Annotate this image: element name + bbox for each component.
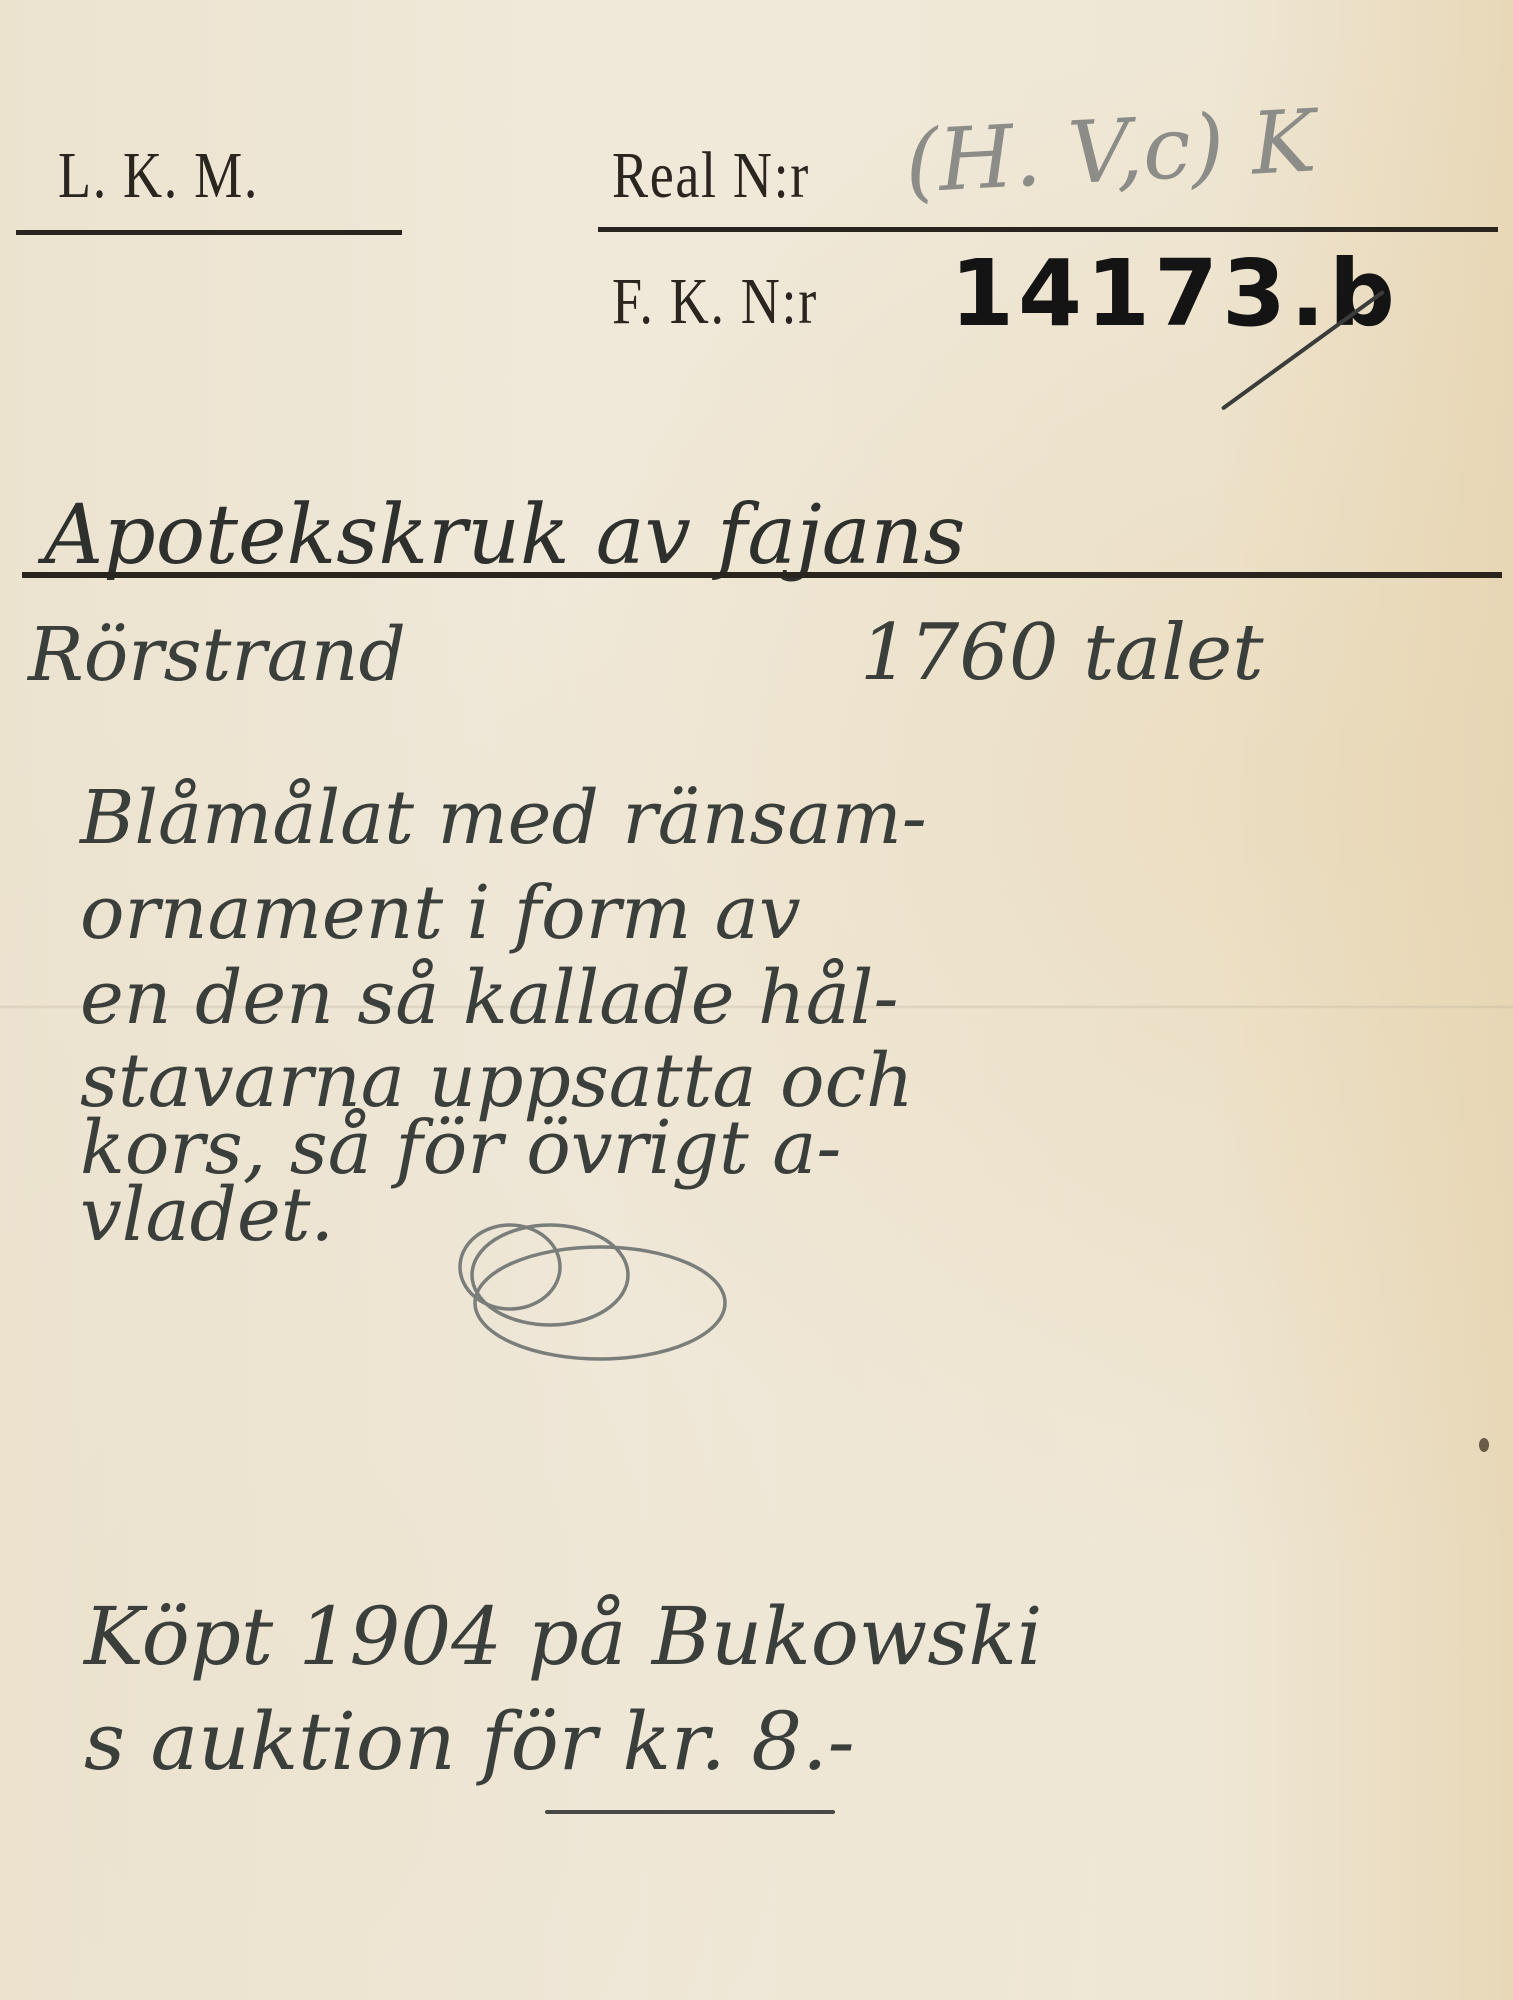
acquisition-underline xyxy=(545,1810,835,1814)
real-nr-label: Real N:r xyxy=(612,138,810,214)
fk-nr-label: F. K. N:r xyxy=(612,264,818,340)
description-line: vladet. xyxy=(80,1172,334,1258)
title-rule xyxy=(22,572,1502,578)
origin-date: 1760 talet xyxy=(860,608,1264,698)
acquisition-line: s auktion för kr. 8.- xyxy=(84,1695,855,1788)
scribble-loops-mark xyxy=(430,1215,740,1365)
description-line: Blåmålat med ränsam- xyxy=(80,775,927,861)
header-rule-right xyxy=(598,227,1498,232)
object-title: Apotekskruk av fajans xyxy=(44,488,966,583)
header-rule-left xyxy=(16,230,402,235)
origin-place: Rörstrand xyxy=(28,612,406,698)
paper-stain xyxy=(1479,1438,1489,1452)
description-line: ornament i form av xyxy=(80,870,801,956)
institution-label: L. K. M. xyxy=(58,138,259,214)
acquisition-line: Köpt 1904 på Bukowski xyxy=(84,1590,1042,1683)
description-line: en den så kallade hål- xyxy=(80,955,898,1041)
real-nr-value: (H. V,c) K xyxy=(903,91,1319,212)
